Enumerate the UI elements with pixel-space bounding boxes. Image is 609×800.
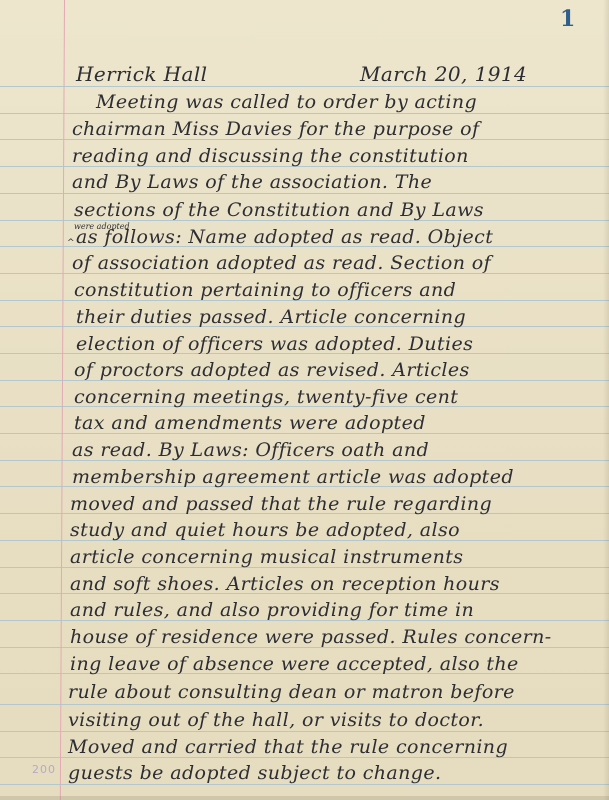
- ruled-line: [0, 113, 609, 114]
- minutes-line: sections of the Constitution and By Laws: [74, 199, 484, 221]
- page-number: 1: [560, 6, 575, 32]
- minutes-line: moved and passed that the rule regarding: [70, 493, 492, 515]
- minutes-line: visiting out of the hall, or visits to d…: [68, 709, 484, 731]
- minutes-line: of proctors adopted as revised. Articles: [74, 359, 470, 381]
- minutes-line: study and quiet hours be adopted, also: [70, 519, 460, 541]
- minutes-line: concerning meetings, twenty-five cent: [74, 386, 458, 408]
- minutes-line: tax and amendments were adopted: [74, 412, 426, 434]
- ruled-line: [0, 784, 609, 785]
- minutes-line: of association adopted as read. Section …: [72, 252, 491, 274]
- minutes-line: and soft shoes. Articles on reception ho…: [70, 573, 500, 595]
- insertion-caret: ^: [67, 238, 75, 248]
- page-bottom-edge: [0, 796, 609, 800]
- stamp-number: 200: [32, 763, 56, 776]
- minutes-line: and rules, and also providing for time i…: [70, 599, 474, 621]
- minutes-line: membership agreement article was adopted: [72, 466, 514, 488]
- minutes-line: guests be adopted subject to change.: [68, 762, 441, 784]
- handwritten-minutes-page: 1 Herrick Hall March 20, 1914 Meeting wa…: [0, 0, 609, 800]
- minutes-line: chairman Miss Davies for the purpose of: [72, 118, 479, 140]
- ruled-line: [0, 731, 609, 732]
- header-date: March 20, 1914: [360, 62, 527, 86]
- minutes-line: election of officers was adopted. Duties: [76, 333, 473, 355]
- minutes-line: house of residence were passed. Rules co…: [70, 626, 552, 648]
- minutes-line: rule about consulting dean or matron bef…: [68, 681, 515, 703]
- ruled-line: [0, 704, 609, 705]
- minutes-line: Meeting was called to order by acting: [96, 91, 477, 113]
- ruled-line: [0, 86, 609, 87]
- minutes-line: constitution pertaining to officers and: [74, 279, 456, 301]
- minutes-line: as follows: Name adopted as read. Object: [76, 226, 493, 248]
- minutes-line: ing leave of absence were accepted, also…: [70, 653, 519, 675]
- minutes-line: as read. By Laws: Officers oath and: [72, 439, 429, 461]
- minutes-line: article concerning musical instruments: [70, 546, 463, 568]
- page-edge: [603, 0, 609, 800]
- header-location: Herrick Hall: [76, 62, 207, 86]
- ruled-line: [0, 193, 609, 194]
- minutes-line: Moved and carried that the rule concerni…: [68, 736, 508, 758]
- minutes-line: and By Laws of the association. The: [72, 171, 432, 193]
- minutes-line: their duties passed. Article concerning: [76, 306, 466, 328]
- minutes-line: reading and discussing the constitution: [72, 145, 469, 167]
- margin-line: [60, 0, 65, 800]
